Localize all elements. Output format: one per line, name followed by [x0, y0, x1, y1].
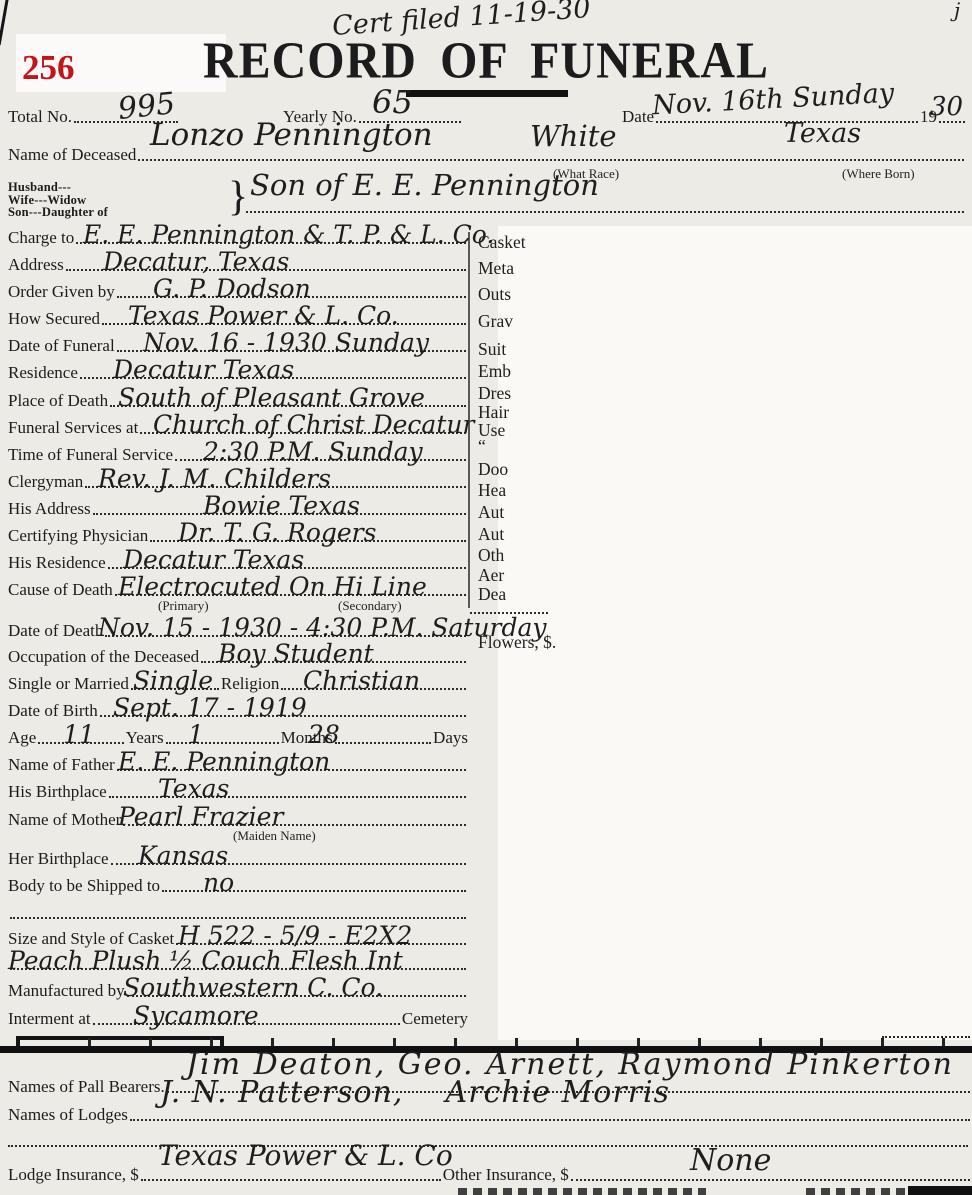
charges-item-label: Suit	[478, 339, 506, 360]
field-label: Place of Death	[8, 392, 108, 410]
deceased-born-value: Texas	[784, 120, 861, 147]
charges-item-label: “	[478, 436, 486, 457]
field-value-handwritten: E. E. Pennington	[118, 749, 330, 774]
lodge-insurance-value: Texas Power & L. Co	[158, 1142, 453, 1170]
form-field-row: Peach Plush ½ Couch Flesh Int	[8, 949, 468, 973]
field-value-handwritten: Rev. J. M. Childers	[98, 466, 331, 491]
other-insurance-value: None	[690, 1146, 771, 1176]
dotted-leader	[246, 207, 964, 213]
field-value-handwritten: 1	[188, 722, 204, 747]
charges-item-label: Dres	[478, 383, 511, 404]
field-value-handwritten: Sept. 17 - 1919	[113, 695, 307, 720]
form-field-row: Interment atCemeterySycamore	[8, 1004, 468, 1028]
field-label: Certifying Physician	[8, 527, 148, 545]
form-field-row: His BirthplaceTexas	[8, 777, 468, 801]
field-label: Time of Funeral Service	[8, 446, 173, 464]
charges-item-label: Aut	[478, 524, 504, 545]
total-no-label: Total No.	[8, 108, 72, 126]
charges-column-rule	[468, 232, 470, 608]
form-field-row: Single or MarriedReligionSingleChristian	[8, 669, 468, 693]
form-field-row: Certifying PhysicianDr. T. G. Rogers	[8, 521, 468, 545]
field-label: His Residence	[8, 554, 106, 572]
field-label: Age	[8, 729, 36, 747]
field-value-handwritten: Church of Christ Decatur	[153, 412, 474, 437]
field-label: Name of Father	[8, 756, 115, 774]
form-field-row: Name of MotherPearl Frazier(Maiden Name)	[8, 805, 468, 829]
deceased-race-value: White	[530, 122, 617, 151]
form-field-row	[8, 898, 468, 922]
relation-brace: }	[228, 173, 248, 221]
form-field-row: Occupation of the DeceasedBoy Student	[8, 642, 468, 666]
charges-item-label: Grav	[478, 311, 513, 332]
field-value-handwritten: Decatur, Texas	[103, 249, 289, 274]
field-unit-label: Years	[126, 729, 164, 747]
field-caption: (Maiden Name)	[233, 828, 316, 844]
field-value-handwritten: Dr. T. G. Rogers	[178, 520, 376, 545]
field-label: Charge to	[8, 229, 74, 247]
form-field-row: Date of DeathNov. 15 - 1930 - 4:30 P.M. …	[8, 616, 468, 640]
dotted-leader	[141, 1175, 441, 1181]
dotted-leader	[8, 1141, 968, 1147]
form-field-row: ClergymanRev. J. M. Childers	[8, 467, 468, 491]
form-field-row: AgeYearsMonthsDays11128	[8, 723, 468, 747]
field-label: Funeral Services at	[8, 419, 138, 437]
charges-item-label: Hea	[478, 480, 506, 501]
charges-item-label: Emb	[478, 361, 511, 382]
field-value-handwritten: Decatur Texas	[123, 547, 304, 572]
date-year-value: 30	[930, 94, 963, 120]
field-label: Order Given by	[8, 283, 115, 301]
corner-pen-mark-right: j	[954, 0, 960, 20]
lodges-label: Names of Lodges	[8, 1106, 128, 1124]
dotted-leader	[130, 1115, 970, 1121]
date-label: Date	[622, 108, 654, 126]
lodge-insurance-label: Lodge Insurance, $	[8, 1166, 139, 1184]
form-field-row: Date of BirthSept. 17 - 1919	[8, 696, 468, 720]
field-caption: (Secondary)	[338, 598, 402, 614]
field-value-handwritten: Nov. 16 - 1930 Sunday	[143, 330, 429, 355]
charges-item-label: Aut	[478, 502, 504, 523]
column-tick-marks	[30, 1038, 960, 1046]
relation-value: Son of E. E. Pennington	[250, 171, 599, 200]
cut-off-black-bar	[908, 1186, 972, 1195]
other-insurance-label: Other Insurance, $	[443, 1166, 569, 1184]
cut-off-print-fragment	[806, 1188, 906, 1195]
field-value-handwritten: Texas Power & L. Co.	[128, 303, 399, 328]
field-unit-label: Days	[433, 729, 468, 747]
dotted-leader	[335, 738, 431, 744]
dotted-leader	[470, 608, 548, 614]
field-value-handwritten: Single	[133, 668, 213, 693]
field-value-handwritten: G. P. Dodson	[153, 276, 311, 301]
field-suffix-label: Cemetery	[402, 1010, 468, 1028]
field-label: Residence	[8, 364, 78, 382]
form-field-row: AddressDecatur, Texas	[8, 250, 468, 274]
form-field-row: Charge toE. E. Pennington & T. P. & L. C…	[8, 223, 468, 247]
form-field-row: Name of FatherE. E. Pennington	[8, 750, 468, 774]
field-label: Single or Married	[8, 675, 129, 693]
field-value-handwritten: South of Pleasant Grove	[118, 385, 425, 410]
form-field-row: ResidenceDecatur Texas	[8, 358, 468, 382]
dotted-leader	[166, 738, 279, 744]
form-field-row: Date of FuneralNov. 16 - 1930 Sunday	[8, 331, 468, 355]
field-label: Occupation of the Deceased	[8, 648, 199, 666]
field-value-handwritten: Bowie Texas	[203, 493, 360, 518]
form-field-row: Size and Style of CasketH 522 - 5/9 - E2…	[8, 924, 468, 948]
charges-item-label: Casket	[478, 232, 526, 253]
field-value-handwritten: Kansas	[138, 843, 228, 868]
title-underline	[406, 90, 568, 97]
deceased-label: Name of Deceased	[8, 146, 136, 164]
relation-block: Husband--- Wife---Widow Son---Daughter o…	[8, 181, 966, 221]
field-value-handwritten: Boy Student	[218, 641, 374, 666]
form-field-row: His ResidenceDecatur Texas	[8, 548, 468, 572]
form-field-row: Manufactured bySouthwestern C. Co.	[8, 976, 468, 1000]
field-label: Date of Death	[8, 622, 103, 640]
field-value-handwritten: Pearl Frazier	[118, 804, 283, 829]
charges-item-label: Doo	[478, 459, 508, 480]
form-field-row: Order Given byG. P. Dodson	[8, 277, 468, 301]
field-label: His Birthplace	[8, 783, 107, 801]
field-label: Name of Mother	[8, 811, 121, 829]
cut-off-print-fragment	[458, 1188, 706, 1195]
field-value-handwritten: H 522 - 5/9 - E2X2	[178, 923, 412, 948]
insurance-row: Lodge Insurance, $ Other Insurance, $	[8, 1160, 972, 1184]
form-field-row: Place of DeathSouth of Pleasant Grove	[8, 386, 468, 410]
charges-item-label: Dea	[478, 584, 506, 605]
form-field-row: Cause of DeathElectrocuted On Hi Line(Pr…	[8, 575, 468, 599]
form-field-row: His AddressBowie Texas	[8, 494, 468, 518]
form-field-row: Funeral Services atChurch of Christ Deca…	[8, 413, 468, 437]
pall-bearers-label: Names of Pall Bearers.	[8, 1078, 165, 1096]
funeral-record-page: j 256 Cert filed 11-19-30 RECORD OF FUNE…	[0, 0, 972, 1195]
field-value-handwritten: Sycamore	[133, 1003, 259, 1028]
field-value-handwritten: Peach Plush ½ Couch Flesh Int	[8, 948, 403, 973]
page-number: 256	[22, 48, 75, 88]
charges-item-label: Meta	[478, 258, 514, 279]
field-label: Clergyman	[8, 473, 83, 491]
field-label: Cause of Death	[8, 581, 113, 599]
field-value-handwritten: 11	[63, 722, 95, 747]
field-label: Religion	[221, 675, 280, 693]
field-label: Interment at	[8, 1010, 91, 1028]
field-label: Her Birthplace	[8, 850, 109, 868]
field-label: Body to be Shipped to	[8, 877, 160, 895]
field-value-handwritten: 28	[308, 722, 340, 747]
dotted-leader	[138, 155, 964, 161]
field-caption: (Primary)	[158, 598, 209, 614]
field-value-handwritten: Christian	[303, 668, 420, 693]
field-label: Date of Birth	[8, 702, 98, 720]
charges-item-label: Oth	[478, 545, 504, 566]
field-value-handwritten: 2:30 P.M. Sunday	[203, 439, 423, 464]
field-value-handwritten: Electrocuted On Hi Line	[118, 574, 427, 599]
field-value-handwritten: Decatur Texas	[113, 357, 294, 382]
form-field-row: Time of Funeral Service2:30 P.M. Sunday	[8, 440, 468, 464]
field-label: Manufactured by	[8, 982, 125, 1000]
field-label: How Secured	[8, 310, 100, 328]
field-value-handwritten: E. E. Pennington & T. P. & L. Co.	[83, 222, 494, 247]
where-born-caption: (Where Born)	[842, 166, 915, 182]
field-label: Date of Funeral	[8, 337, 115, 355]
dotted-leader	[10, 913, 466, 919]
field-value-handwritten: Texas	[158, 776, 229, 801]
page-title: RECORD OF FUNERAL	[203, 31, 769, 90]
field-value-handwritten: Southwestern C. Co.	[123, 975, 383, 1000]
field-label: His Address	[8, 500, 91, 518]
form-field-row: How SecuredTexas Power & L. Co.	[8, 304, 468, 328]
lodges-value: J. N. Patterson, Archie Morris	[160, 1078, 670, 1108]
corner-pen-mark	[0, 0, 9, 46]
charges-item-label: Outs	[478, 284, 511, 305]
field-label: Address	[8, 256, 64, 274]
yearly-no-value: 65	[372, 86, 413, 118]
field-value-handwritten: no	[203, 870, 234, 895]
charges-item-label: Aer	[478, 565, 504, 586]
deceased-name-value: Lonzo Pennington	[150, 120, 433, 151]
flowers-label: Flowers, $.	[478, 632, 556, 653]
blank-right-region	[498, 226, 972, 1040]
form-field-row: Her BirthplaceKansas	[8, 844, 468, 868]
form-field-row: Body to be Shipped tono	[8, 871, 468, 895]
